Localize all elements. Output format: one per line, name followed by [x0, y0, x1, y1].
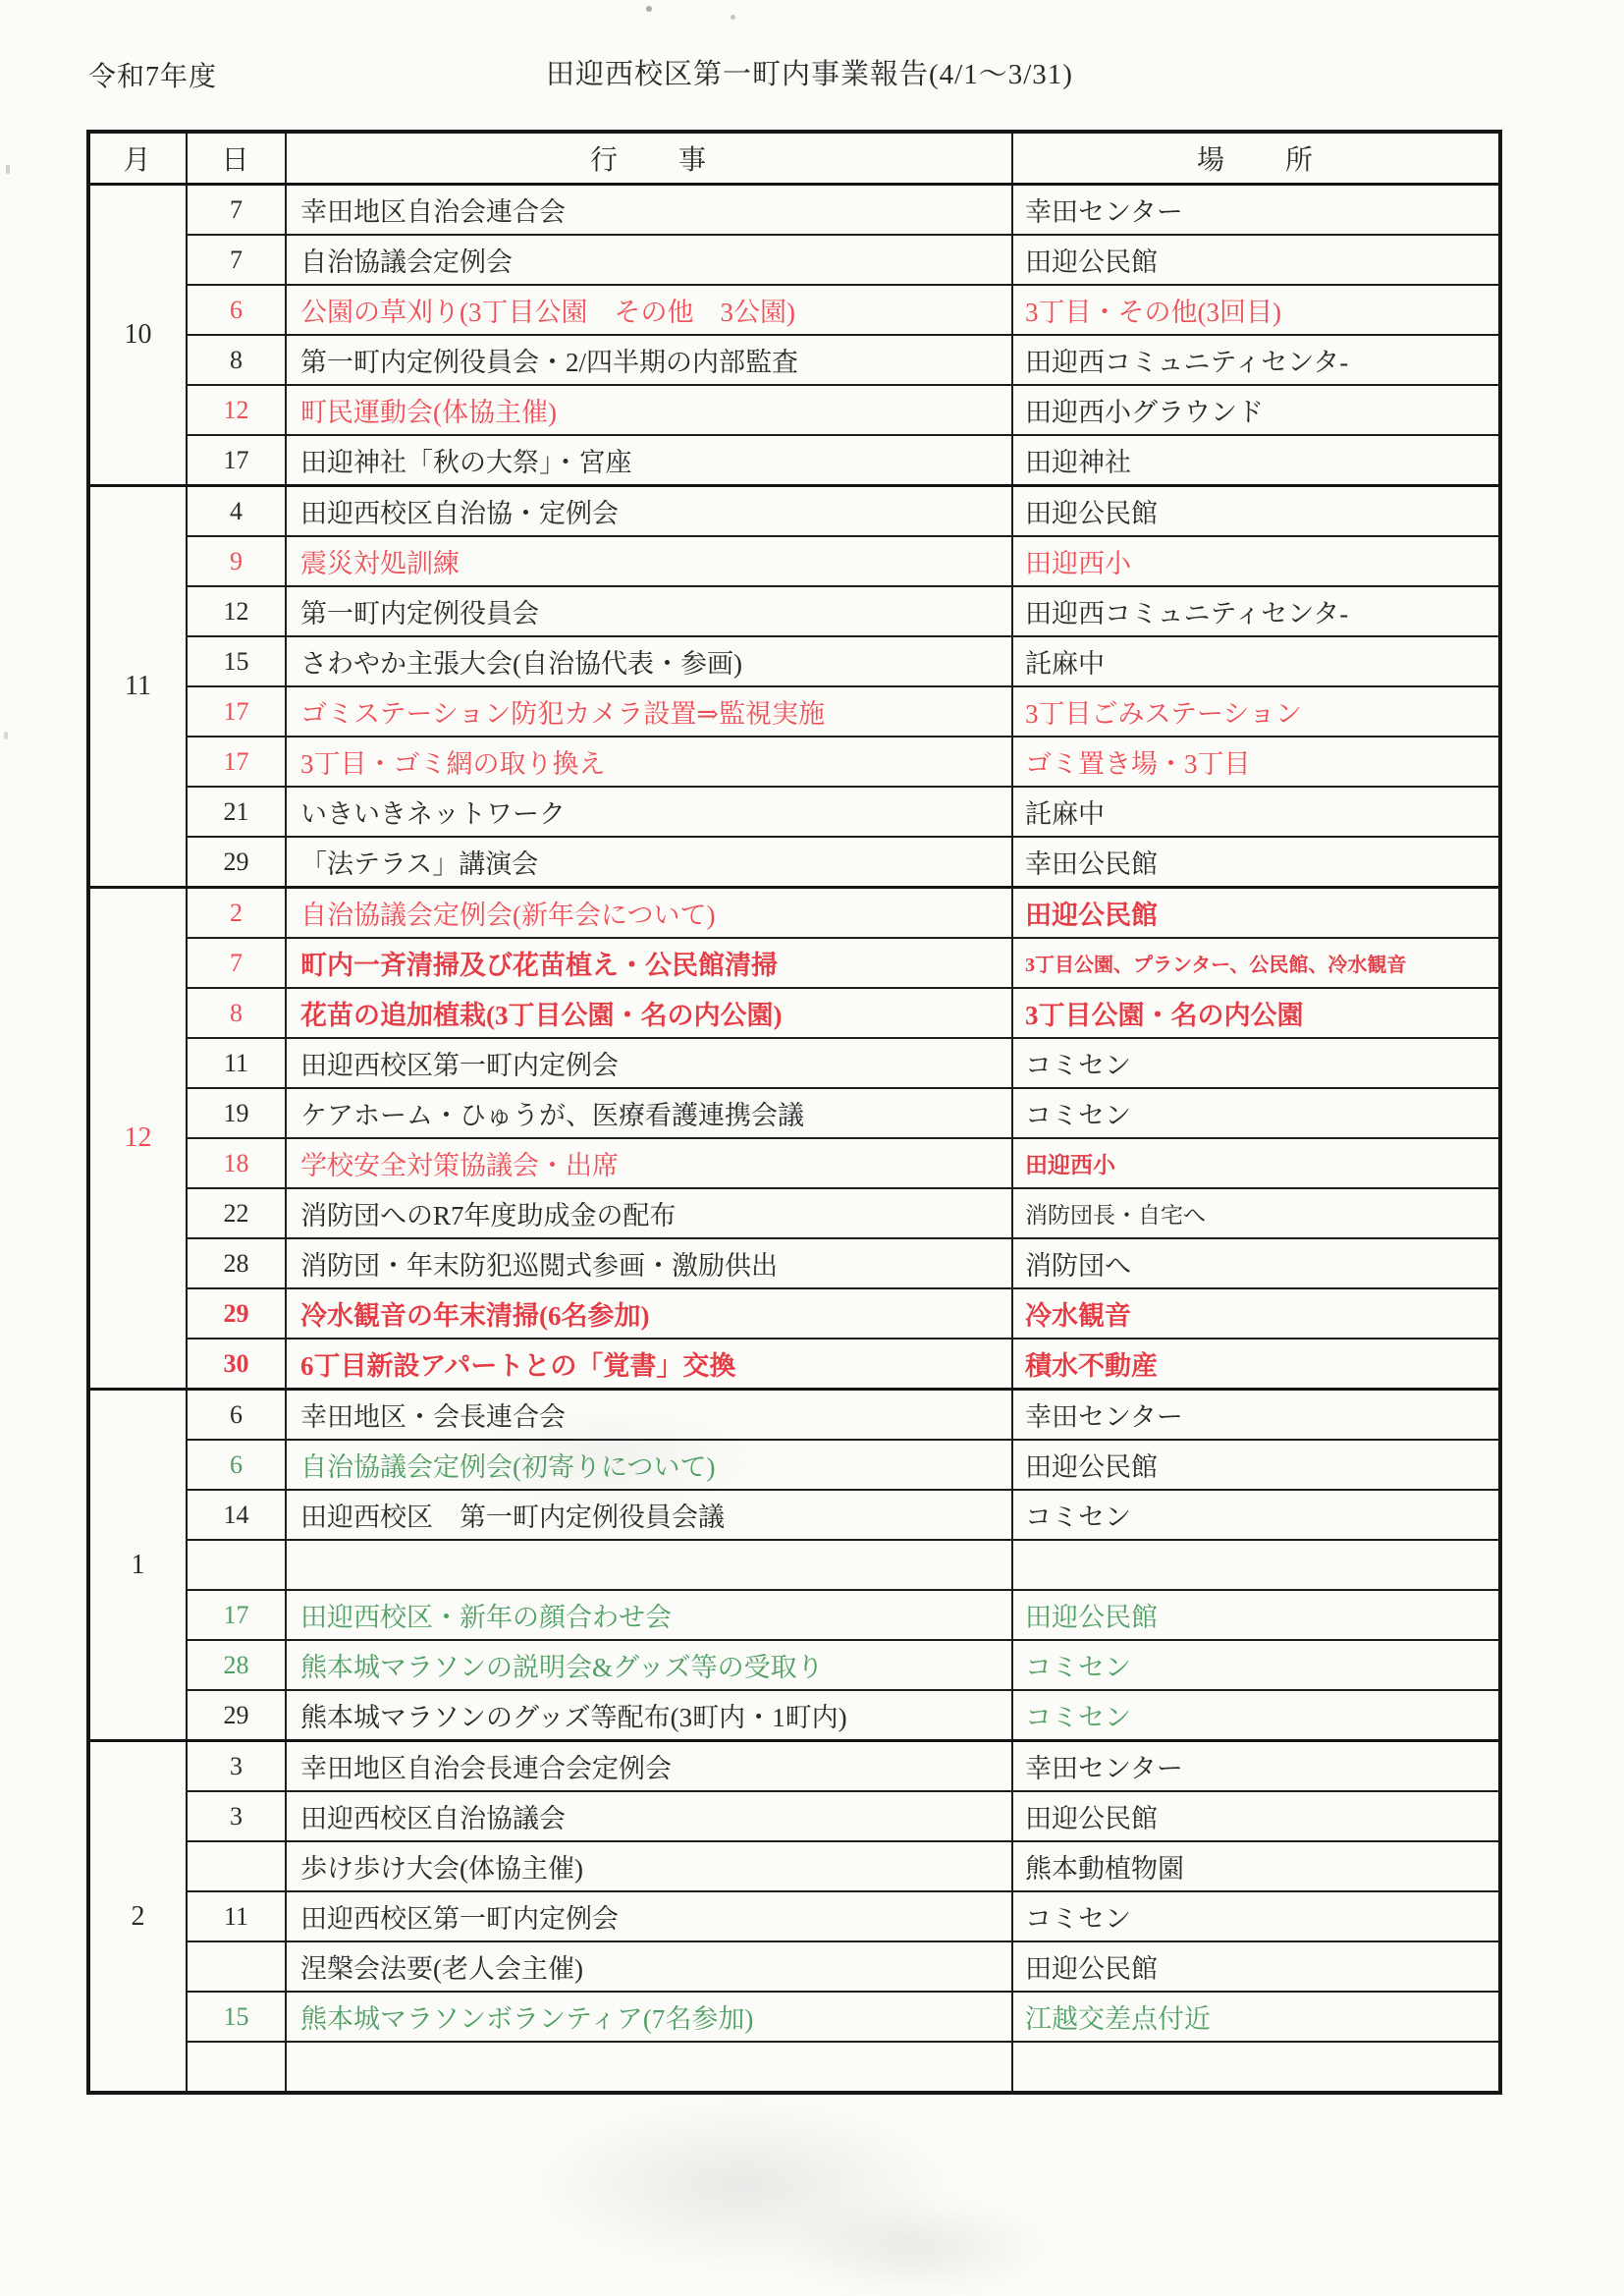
table-row: 歩け歩け大会(体協主催)熊本動植物園 [88, 1841, 1500, 1891]
schedule-table: 月 日 行 事 場 所 107幸田地区自治会連合会幸田センター7自治協議会定例会… [86, 130, 1502, 2095]
table-row: 28熊本城マラソンの説明会&グッズ等の受取りコミセン [88, 1640, 1500, 1690]
event-cell: 消防団・年末防犯巡閲式参画・激励供出 [286, 1238, 1012, 1288]
day-cell: 30 [187, 1339, 286, 1390]
day-cell: 8 [187, 335, 286, 385]
table-row: 7自治協議会定例会田迎公民館 [88, 235, 1500, 285]
place-cell [1012, 2042, 1500, 2093]
scan-artifact [776, 2200, 1051, 2293]
day-cell: 3 [187, 1741, 286, 1792]
place-cell: コミセン [1012, 1490, 1500, 1540]
event-cell: 冷水観音の年末清掃(6名参加) [286, 1288, 1012, 1339]
place-cell: 消防団長・自宅へ [1012, 1188, 1500, 1238]
place-cell: 田迎公民館 [1012, 1590, 1500, 1640]
day-cell: 7 [187, 938, 286, 988]
event-cell: 幸田地区自治会長連合会定例会 [286, 1741, 1012, 1792]
event-cell: 涅槃会法要(老人会主催) [286, 1941, 1012, 1992]
event-cell: 「法テラス」講演会 [286, 837, 1012, 888]
place-cell: 田迎公民館 [1012, 1941, 1500, 1992]
day-cell: 21 [187, 787, 286, 837]
event-cell: 消防団へのR7年度助成金の配布 [286, 1188, 1012, 1238]
place-cell: 田迎公民館 [1012, 1791, 1500, 1841]
place-cell: ゴミ置き場・3丁目 [1012, 737, 1500, 787]
place-cell: 3丁目・その他(3回目) [1012, 285, 1500, 335]
event-cell: 第一町内定例役員会 [286, 586, 1012, 636]
place-cell: 田迎神社 [1012, 435, 1500, 486]
table-row [88, 2042, 1500, 2093]
day-cell: 19 [187, 1088, 286, 1138]
day-cell: 4 [187, 486, 286, 537]
event-cell: 幸田地区自治会連合会 [286, 185, 1012, 236]
place-cell: 幸田センター [1012, 185, 1500, 236]
day-cell: 12 [187, 385, 286, 435]
day-cell: 9 [187, 536, 286, 586]
place-cell [1012, 1540, 1500, 1590]
header-day: 日 [187, 132, 286, 185]
scan-artifact [461, 1414, 756, 1503]
event-cell: 自治協議会定例会(新年会について) [286, 888, 1012, 939]
place-cell: 田迎公民館 [1012, 1440, 1500, 1490]
place-cell: 幸田センター [1012, 1390, 1500, 1441]
day-cell [187, 1941, 286, 1992]
day-cell: 17 [187, 1590, 286, 1640]
event-cell: 震災対処訓練 [286, 536, 1012, 586]
place-cell: 田迎西小 [1012, 1138, 1500, 1188]
month-cell: 12 [88, 888, 187, 1390]
table-row [88, 1540, 1500, 1590]
month-cell: 10 [88, 185, 187, 486]
day-cell: 14 [187, 1490, 286, 1540]
event-cell: 町内一斉清掃及び花苗植え・公民館清掃 [286, 938, 1012, 988]
place-cell: コミセン [1012, 1891, 1500, 1941]
table-row: 15熊本城マラソンボランティア(7名参加)江越交差点付近 [88, 1992, 1500, 2042]
event-cell: 熊本城マラソンの説明会&グッズ等の受取り [286, 1640, 1012, 1690]
table-row: 12町民運動会(体協主催)田迎西小グラウンド [88, 385, 1500, 435]
table-row: 21いきいきネットワーク託麻中 [88, 787, 1500, 837]
day-cell: 22 [187, 1188, 286, 1238]
table-row: 17ゴミステーション防犯カメラ設置⇒監視実施3丁目ごみステーション [88, 686, 1500, 737]
place-cell: 幸田公民館 [1012, 837, 1500, 888]
place-cell: 田迎西コミュニティセンタ- [1012, 335, 1500, 385]
table-row: 6自治協議会定例会(初寄りについて)田迎公民館 [88, 1440, 1500, 1490]
place-cell: 託麻中 [1012, 787, 1500, 837]
day-cell: 11 [187, 1891, 286, 1941]
day-cell: 15 [187, 1992, 286, 2042]
table-row: 15さわやか主張大会(自治協代表・参画)託麻中 [88, 636, 1500, 686]
place-cell: 田迎西コミュニティセンタ- [1012, 586, 1500, 636]
day-cell: 28 [187, 1238, 286, 1288]
day-cell: 3 [187, 1791, 286, 1841]
table-row: 9震災対処訓練田迎西小 [88, 536, 1500, 586]
event-cell: 田迎西校区自治協議会 [286, 1791, 1012, 1841]
header-place: 場 所 [1012, 132, 1500, 185]
day-cell: 15 [187, 636, 286, 686]
event-cell: 花苗の追加植栽(3丁目公園・名の内公園) [286, 988, 1012, 1038]
day-cell: 29 [187, 1288, 286, 1339]
table-row: 16幸田地区・会長連合会幸田センター [88, 1390, 1500, 1441]
day-cell [187, 2042, 286, 2093]
table-row: 29「法テラス」講演会幸田公民館 [88, 837, 1500, 888]
place-cell: 積水不動産 [1012, 1339, 1500, 1390]
table-row: 17田迎神社「秋の大祭」・宮座田迎神社 [88, 435, 1500, 486]
day-cell: 18 [187, 1138, 286, 1188]
day-cell: 7 [187, 185, 286, 236]
day-cell: 12 [187, 586, 286, 636]
event-cell: 田迎西校区・新年の顔合わせ会 [286, 1590, 1012, 1640]
table-row: 28消防団・年末防犯巡閲式参画・激励供出消防団へ [88, 1238, 1500, 1288]
event-cell [286, 1540, 1012, 1590]
month-cell: 1 [88, 1390, 187, 1741]
header-row: 月 日 行 事 場 所 [88, 132, 1500, 185]
place-cell: 3丁目公園・名の内公園 [1012, 988, 1500, 1038]
table-row: 29熊本城マラソンのグッズ等配布(3町内・1町内)コミセン [88, 1690, 1500, 1741]
header-event: 行 事 [286, 132, 1012, 185]
day-cell [187, 1841, 286, 1891]
event-cell: 第一町内定例役員会・2/四半期の内部監査 [286, 335, 1012, 385]
event-cell: 歩け歩け大会(体協主催) [286, 1841, 1012, 1891]
scan-artifact [6, 165, 10, 174]
event-cell [286, 2042, 1012, 2093]
table-row: 14田迎西校区 第一町内定例役員会議コミセン [88, 1490, 1500, 1540]
day-cell: 29 [187, 1690, 286, 1741]
table-row: 18学校安全対策協議会・出席田迎西小 [88, 1138, 1500, 1188]
table-row: 173丁目・ゴミ網の取り換えゴミ置き場・3丁目 [88, 737, 1500, 787]
place-cell: 冷水観音 [1012, 1288, 1500, 1339]
place-cell: 江越交差点付近 [1012, 1992, 1500, 2042]
event-cell: さわやか主張大会(自治協代表・参画) [286, 636, 1012, 686]
table-row: 7町内一斉清掃及び花苗植え・公民館清掃3丁目公園、プランター、公民館、冷水観音 [88, 938, 1500, 988]
table-row: 107幸田地区自治会連合会幸田センター [88, 185, 1500, 236]
place-cell: 田迎公民館 [1012, 235, 1500, 285]
table-row: 11田迎西校区第一町内定例会コミセン [88, 1038, 1500, 1088]
scan-artifact [731, 15, 735, 20]
month-cell: 2 [88, 1741, 187, 2094]
place-cell: コミセン [1012, 1038, 1500, 1088]
place-cell: コミセン [1012, 1640, 1500, 1690]
day-cell: 17 [187, 435, 286, 486]
place-cell: 消防団へ [1012, 1238, 1500, 1288]
event-cell: 6丁目新設アパートとの「覚書」交換 [286, 1339, 1012, 1390]
place-cell: コミセン [1012, 1088, 1500, 1138]
table-row: 11田迎西校区第一町内定例会コミセン [88, 1891, 1500, 1941]
event-cell: 熊本城マラソンのグッズ等配布(3町内・1町内) [286, 1690, 1012, 1741]
day-cell: 8 [187, 988, 286, 1038]
table-row: 122自治協議会定例会(新年会について)田迎公民館 [88, 888, 1500, 939]
scan-artifact [4, 732, 8, 739]
day-cell: 2 [187, 888, 286, 939]
table-row: 12第一町内定例役員会田迎西コミュニティセンタ- [88, 586, 1500, 636]
table-row: 19ケアホーム・ひゅうが、医療看護連携会議コミセン [88, 1088, 1500, 1138]
event-cell: 学校安全対策協議会・出席 [286, 1138, 1012, 1188]
place-cell: 田迎西小 [1012, 536, 1500, 586]
place-cell: 幸田センター [1012, 1741, 1500, 1792]
event-cell: いきいきネットワーク [286, 787, 1012, 837]
day-cell: 6 [187, 1390, 286, 1441]
place-cell: 託麻中 [1012, 636, 1500, 686]
event-cell: ゴミステーション防犯カメラ設置⇒監視実施 [286, 686, 1012, 737]
table-row: 22消防団へのR7年度助成金の配布消防団長・自宅へ [88, 1188, 1500, 1238]
table-row: 306丁目新設アパートとの「覚書」交換積水不動産 [88, 1339, 1500, 1390]
event-cell: 田迎西校区自治協・定例会 [286, 486, 1012, 537]
table-row: 3田迎西校区自治協議会田迎公民館 [88, 1791, 1500, 1841]
event-cell: 町民運動会(体協主催) [286, 385, 1012, 435]
event-cell: 公園の草刈り(3丁目公園 その他 3公園) [286, 285, 1012, 335]
event-cell: 田迎西校区第一町内定例会 [286, 1038, 1012, 1088]
table-row: 涅槃会法要(老人会主催)田迎公民館 [88, 1941, 1500, 1992]
table-row: 114田迎西校区自治協・定例会田迎公民館 [88, 486, 1500, 537]
page-title: 田迎西校区第一町内事業報告(4/1～3/31) [546, 52, 1073, 92]
event-cell: 3丁目・ゴミ網の取り換え [286, 737, 1012, 787]
day-cell: 17 [187, 686, 286, 737]
table-row: 23幸田地区自治会長連合会定例会幸田センター [88, 1741, 1500, 1792]
table-row: 8第一町内定例役員会・2/四半期の内部監査田迎西コミュニティセンタ- [88, 335, 1500, 385]
day-cell: 7 [187, 235, 286, 285]
place-cell: 田迎公民館 [1012, 888, 1500, 939]
day-cell [187, 1540, 286, 1590]
table-row: 6公園の草刈り(3丁目公園 その他 3公園)3丁目・その他(3回目) [88, 285, 1500, 335]
table-row: 17田迎西校区・新年の顔合わせ会田迎公民館 [88, 1590, 1500, 1640]
event-cell: 田迎西校区第一町内定例会 [286, 1891, 1012, 1941]
table-row: 8花苗の追加植栽(3丁目公園・名の内公園)3丁目公園・名の内公園 [88, 988, 1500, 1038]
place-cell: 田迎西小グラウンド [1012, 385, 1500, 435]
table-row: 29冷水観音の年末清掃(6名参加)冷水観音 [88, 1288, 1500, 1339]
day-cell: 28 [187, 1640, 286, 1690]
place-cell: 熊本動植物園 [1012, 1841, 1500, 1891]
day-cell: 29 [187, 837, 286, 888]
day-cell: 17 [187, 737, 286, 787]
day-cell: 11 [187, 1038, 286, 1088]
fiscal-year-label: 令和7年度 [88, 55, 217, 94]
scan-artifact [646, 6, 652, 12]
event-cell: 熊本城マラソンボランティア(7名参加) [286, 1992, 1012, 2042]
month-cell: 11 [88, 486, 187, 888]
place-cell: 3丁目ごみステーション [1012, 686, 1500, 737]
event-cell: 田迎神社「秋の大祭」・宮座 [286, 435, 1012, 486]
event-cell: ケアホーム・ひゅうが、医療看護連携会議 [286, 1088, 1012, 1138]
day-cell: 6 [187, 285, 286, 335]
place-cell: 田迎公民館 [1012, 486, 1500, 537]
header-month: 月 [88, 132, 187, 185]
event-cell: 自治協議会定例会 [286, 235, 1012, 285]
place-cell: 3丁目公園、プランター、公民館、冷水観音 [1012, 938, 1500, 988]
place-cell: コミセン [1012, 1690, 1500, 1741]
day-cell: 6 [187, 1440, 286, 1490]
